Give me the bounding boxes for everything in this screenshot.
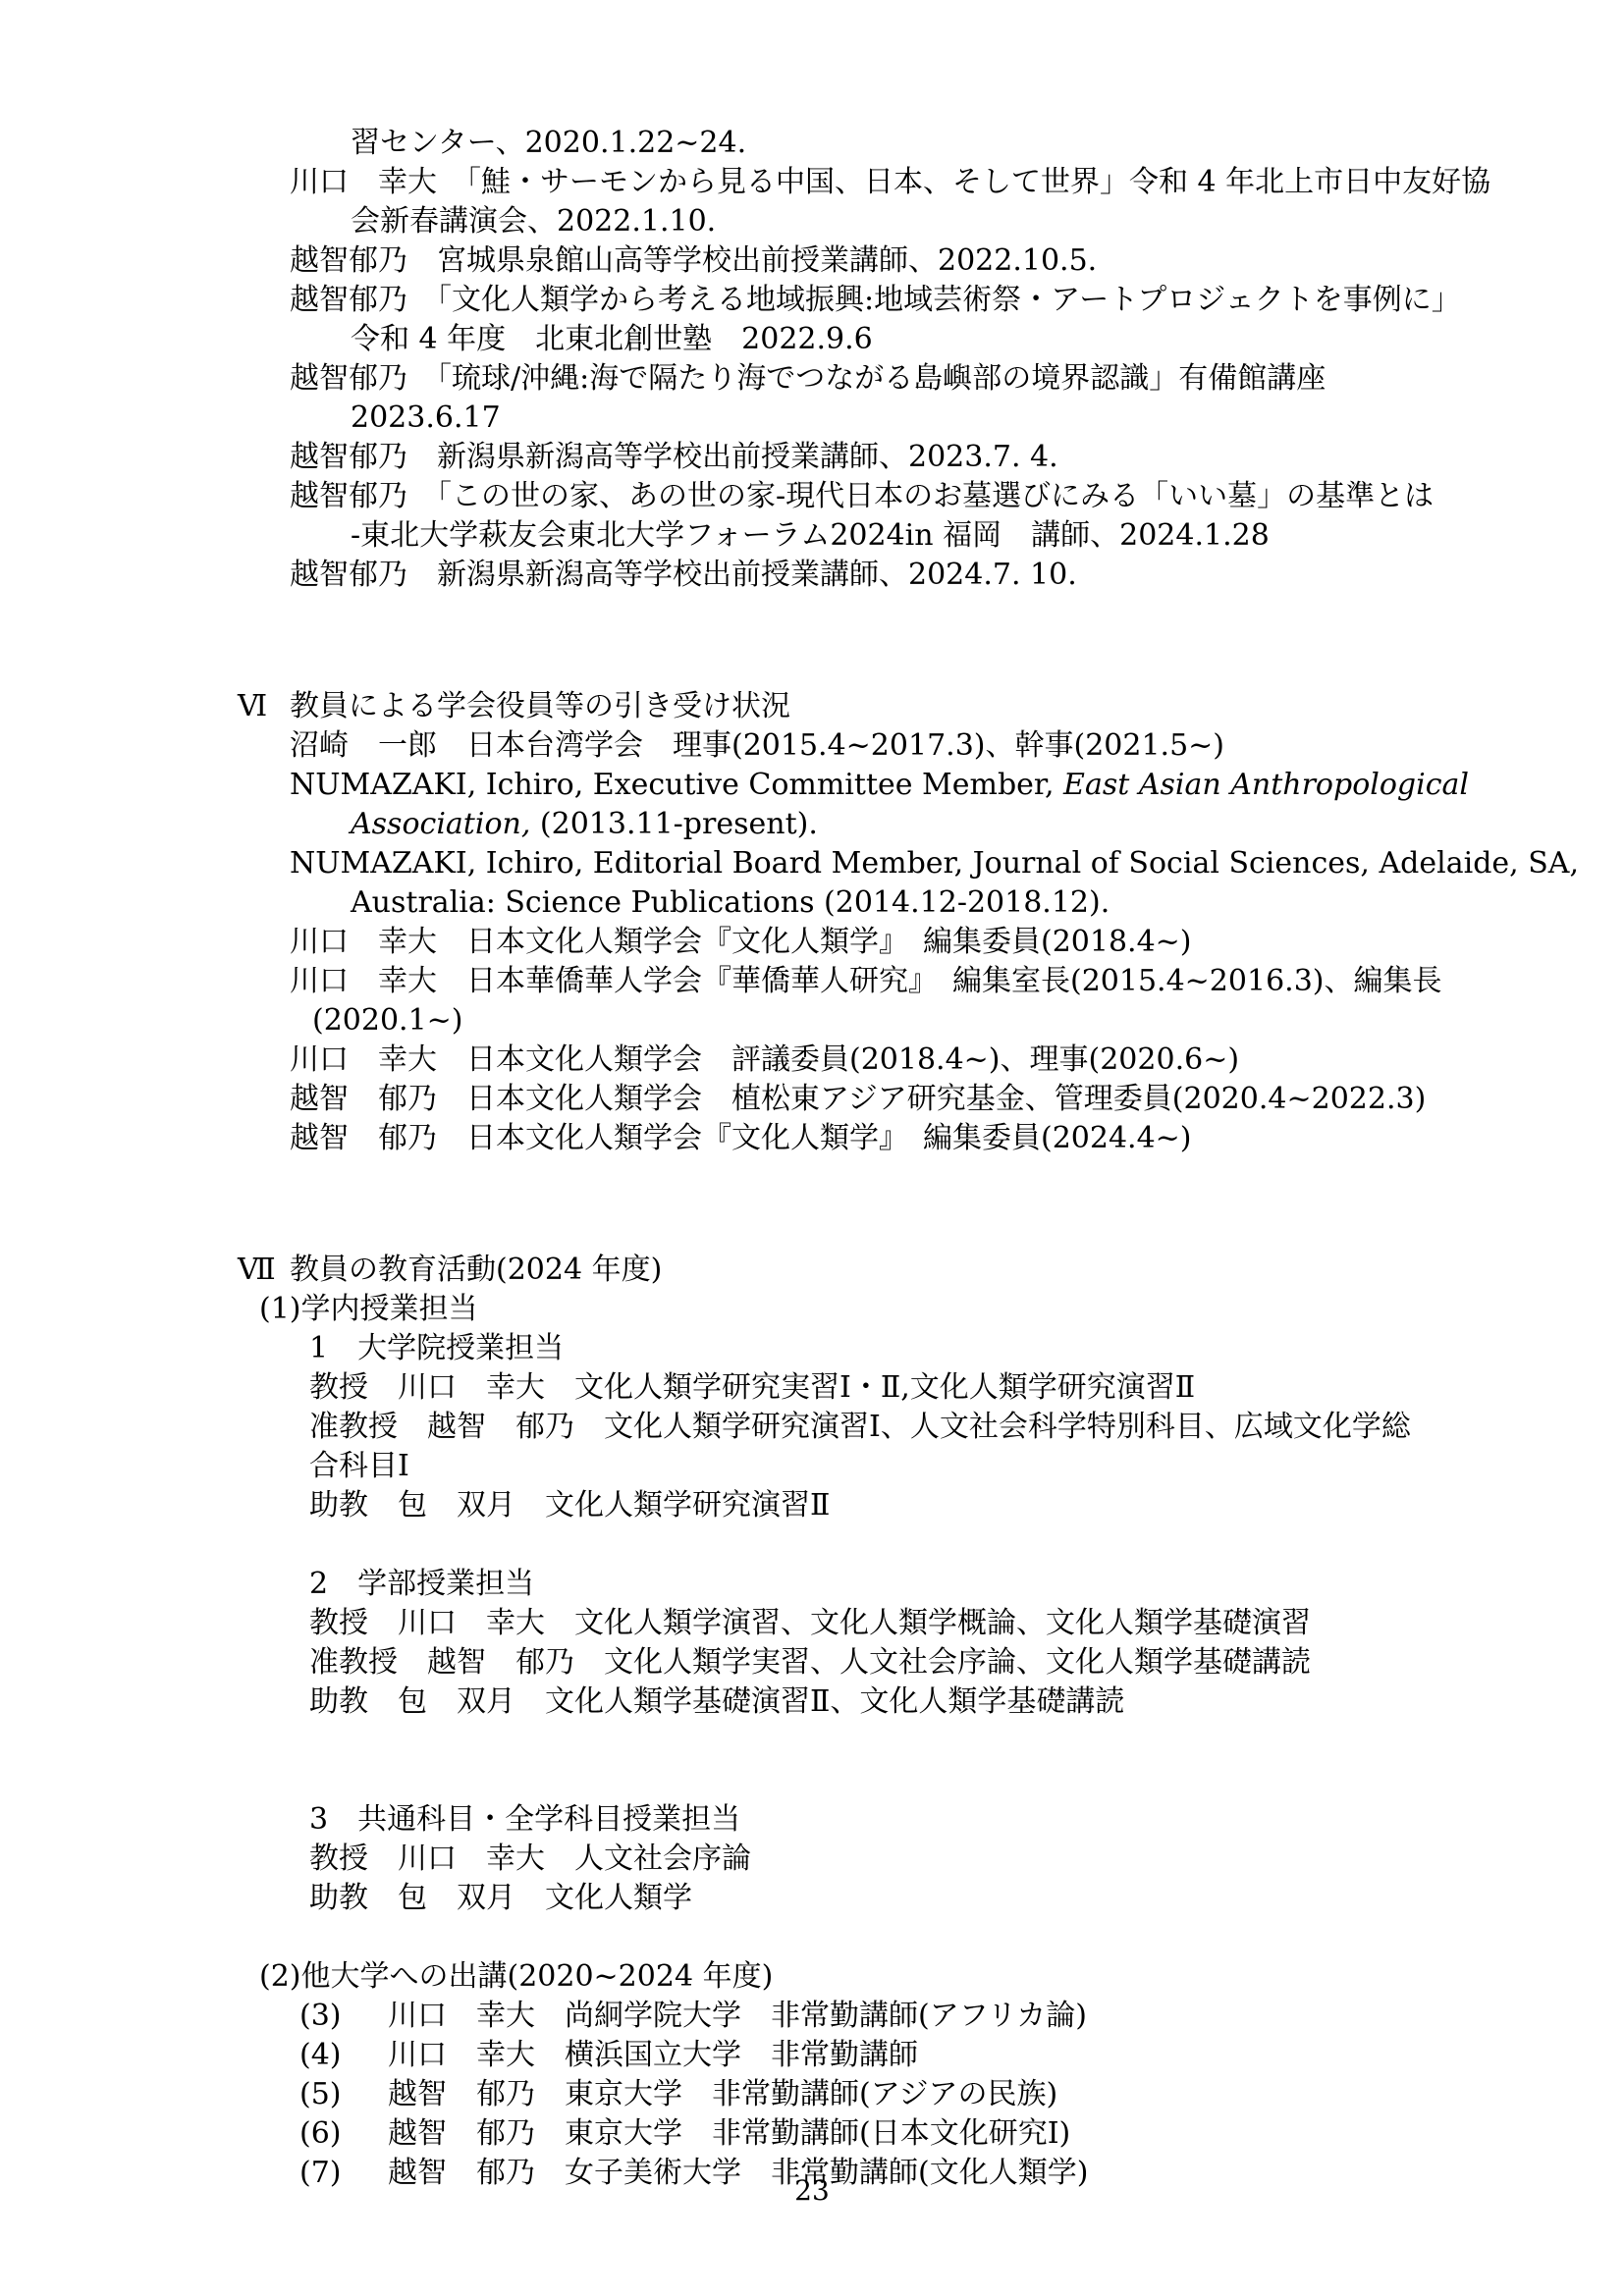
document-line: 教授 川口 幸大 文化人類学研究実習Ⅰ・Ⅱ,文化人類学研究演習Ⅱ xyxy=(0,1368,1624,1408)
document-line: 2023.6.17 xyxy=(0,399,1624,438)
line-text: 教授 川口 幸大 文化人類学演習、文化人類学概論、文化人類学基礎演習 xyxy=(309,1606,1311,1640)
line-text: 沼崎 一郎 日本台湾学会 理事(2015.4~2017.3)、幹事(2021.5… xyxy=(290,728,1224,763)
document-line: 合科目Ⅰ xyxy=(0,1447,1624,1486)
document-line: 令和 4 年度 北東北創世塾 2022.9.6 xyxy=(0,320,1624,359)
line-text: 令和 4 年度 北東北創世塾 2022.9.6 xyxy=(351,322,873,356)
document-line: 川口 幸大 日本華僑華人学会『華僑華人研究』 編集室長(2015.4~2016.… xyxy=(0,962,1624,1001)
line-text: 川口 幸大 尚絅学院大学 非常勤講師(アフリカ論) xyxy=(388,1999,1087,2033)
document-content: 習センター、2020.1.22~24.川口 幸大 「鮭・サーモンから見る中国、日… xyxy=(0,124,1624,2193)
document-line: 越智郁乃 「この世の家、あの世の家-現代日本のお墓選びにみる「いい墓」の基準とは xyxy=(0,477,1624,516)
line-text: (2)他大学への出講(2020~2024 年度) xyxy=(259,1959,773,1994)
line-text: Australia: Science Publications (2014.12… xyxy=(351,885,1110,920)
section-heading: Ⅵ教員による学会役員等の引き受け状況 xyxy=(0,687,1624,726)
line-text: 2 学部授業担当 xyxy=(309,1567,534,1601)
line-text: 川口 幸大 日本文化人類学会『文化人類学』 編集委員(2018.4~) xyxy=(290,925,1192,959)
blank-line xyxy=(0,1525,1624,1565)
line-text: 越智 郁乃 日本文化人類学会 植松東アジア研究基金、管理委員(2020.4~20… xyxy=(290,1082,1426,1116)
line-text: East Asian Anthropological xyxy=(1063,768,1469,802)
document-page: 習センター、2020.1.22~24.川口 幸大 「鮭・サーモンから見る中国、日… xyxy=(0,0,1624,2296)
document-line: 教授 川口 幸大 文化人類学演習、文化人類学概論、文化人類学基礎演習 xyxy=(0,1604,1624,1643)
document-line: 助教 包 双月 文化人類学 xyxy=(0,1879,1624,1918)
document-line: -東北大学萩友会東北大学フォーラム2024in 福岡 講師、2024.1.28 xyxy=(0,516,1624,556)
document-line: (3)川口 幸大 尚絅学院大学 非常勤講師(アフリカ論) xyxy=(0,1997,1624,2036)
document-line: 2 学部授業担当 xyxy=(0,1565,1624,1604)
item-number: (6) xyxy=(299,2114,388,2154)
document-line: (5)越智 郁乃 東京大学 非常勤講師(アジアの民族) xyxy=(0,2075,1624,2114)
line-text: 会新春講演会、2022.1.10. xyxy=(351,204,716,239)
document-line: Australia: Science Publications (2014.12… xyxy=(0,883,1624,923)
line-text: 教員による学会役員等の引き受け状況 xyxy=(290,689,790,723)
line-text: 合科目Ⅰ xyxy=(309,1449,409,1483)
document-line: 越智郁乃 「文化人類学から考える地域振興:地域芸術祭・アートプロジェクトを事例に… xyxy=(0,281,1624,320)
document-line: 越智 郁乃 日本文化人類学会 植松東アジア研究基金、管理委員(2020.4~20… xyxy=(0,1080,1624,1119)
blank-line xyxy=(0,634,1624,673)
blank-line xyxy=(0,1722,1624,1761)
document-line: 教授 川口 幸大 人文社会序論 xyxy=(0,1840,1624,1879)
document-line: 3 共通科目・全学科目授業担当 xyxy=(0,1800,1624,1840)
line-text: 越智 郁乃 東京大学 非常勤講師(アジアの民族) xyxy=(388,2077,1057,2111)
document-line: (1)学内授業担当 xyxy=(0,1290,1624,1329)
blank-line xyxy=(0,1918,1624,1957)
line-text: 川口 幸大 「鮭・サーモンから見る中国、日本、そして世界」令和 4 年北上市日中… xyxy=(290,165,1490,199)
document-line: 沼崎 一郎 日本台湾学会 理事(2015.4~2017.3)、幹事(2021.5… xyxy=(0,726,1624,766)
line-text: 越智郁乃 宮城県泉館山高等学校出前授業講師、2022.10.5. xyxy=(290,243,1097,278)
line-text: Association, xyxy=(351,807,530,841)
document-line: 会新春講演会、2022.1.10. xyxy=(0,202,1624,241)
line-text: 川口 幸大 日本文化人類学会 評議委員(2018.4~)、理事(2020.6~) xyxy=(290,1042,1239,1077)
document-line: 越智郁乃 宮城県泉館山高等学校出前授業講師、2022.10.5. xyxy=(0,241,1624,281)
line-text: 助教 包 双月 文化人類学 xyxy=(309,1881,692,1915)
line-text: 准教授 越智 郁乃 文化人類学実習、人文社会序論、文化人類学基礎講読 xyxy=(309,1645,1311,1680)
document-line: NUMAZAKI, Ichiro, Executive Committee Me… xyxy=(0,766,1624,805)
line-text: 教授 川口 幸大 人文社会序論 xyxy=(309,1842,751,1876)
item-number: (5) xyxy=(299,2075,388,2114)
document-line: 准教授 越智 郁乃 文化人類学実習、人文社会序論、文化人類学基礎講読 xyxy=(0,1643,1624,1682)
document-line: (6)越智 郁乃 東京大学 非常勤講師(日本文化研究Ⅰ) xyxy=(0,2114,1624,2154)
document-line: 越智郁乃 新潟県新潟高等学校出前授業講師、2024.7. 10. xyxy=(0,556,1624,595)
line-text: -東北大学萩友会東北大学フォーラム2024in 福岡 講師、2024.1.28 xyxy=(351,518,1270,553)
line-text: 越智郁乃 「この世の家、あの世の家-現代日本のお墓選びにみる「いい墓」の基準とは xyxy=(290,479,1434,513)
line-text: 越智郁乃 「琉球/沖縄:海で隔たり海でつながる島嶼部の境界認識」有備館講座 xyxy=(290,361,1326,396)
line-text: (1)学内授業担当 xyxy=(259,1292,478,1326)
blank-line xyxy=(0,1761,1624,1800)
section-numeral: Ⅶ xyxy=(238,1251,290,1290)
document-line: (2020.1~) xyxy=(0,1001,1624,1041)
document-line: 越智郁乃 「琉球/沖縄:海で隔たり海でつながる島嶼部の境界認識」有備館講座 xyxy=(0,359,1624,399)
item-number: (4) xyxy=(299,2036,388,2075)
document-line: (4)川口 幸大 横浜国立大学 非常勤講師 xyxy=(0,2036,1624,2075)
line-text: 助教 包 双月 文化人類学研究演習Ⅱ xyxy=(309,1488,830,1522)
line-text: 川口 幸大 日本華僑華人学会『華僑華人研究』 編集室長(2015.4~2016.… xyxy=(290,964,1442,998)
item-number: (3) xyxy=(299,1997,388,2036)
line-text: 教授 川口 幸大 文化人類学研究実習Ⅰ・Ⅱ,文化人類学研究演習Ⅱ xyxy=(309,1370,1195,1405)
line-text: 越智 郁乃 東京大学 非常勤講師(日本文化研究Ⅰ) xyxy=(388,2116,1070,2151)
line-text: 越智郁乃 新潟県新潟高等学校出前授業講師、2024.7. 10. xyxy=(290,558,1077,592)
page-number: 23 xyxy=(0,2174,1624,2208)
line-text: 越智郁乃 新潟県新潟高等学校出前授業講師、2023.7. 4. xyxy=(290,440,1058,474)
document-line: 准教授 越智 郁乃 文化人類学研究演習Ⅰ、人文社会科学特別科目、広域文化学総 xyxy=(0,1408,1624,1447)
line-text: 1 大学院授業担当 xyxy=(309,1331,564,1365)
line-text: 准教授 越智 郁乃 文化人類学研究演習Ⅰ、人文社会科学特別科目、広域文化学総 xyxy=(309,1410,1411,1444)
line-text: 越智郁乃 「文化人類学から考える地域振興:地域芸術祭・アートプロジェクトを事例に… xyxy=(290,283,1461,317)
line-text: 川口 幸大 横浜国立大学 非常勤講師 xyxy=(388,2038,918,2072)
line-text: (2013.11-present). xyxy=(530,807,818,841)
document-line: (2)他大学への出講(2020~2024 年度) xyxy=(0,1957,1624,1997)
line-text: 3 共通科目・全学科目授業担当 xyxy=(309,1802,740,1837)
section-heading: Ⅶ教員の教育活動(2024 年度) xyxy=(0,1251,1624,1290)
document-line: 越智郁乃 新潟県新潟高等学校出前授業講師、2023.7. 4. xyxy=(0,438,1624,477)
document-line: 川口 幸大 日本文化人類学会『文化人類学』 編集委員(2018.4~) xyxy=(0,923,1624,962)
line-text: (2020.1~) xyxy=(312,1003,463,1038)
document-line: 川口 幸大 「鮭・サーモンから見る中国、日本、そして世界」令和 4 年北上市日中… xyxy=(0,163,1624,202)
document-line: 越智 郁乃 日本文化人類学会『文化人類学』 編集委員(2024.4~) xyxy=(0,1119,1624,1158)
line-text: 助教 包 双月 文化人類学基礎演習Ⅱ、文化人類学基礎講読 xyxy=(309,1684,1124,1719)
section-numeral: Ⅵ xyxy=(238,687,290,726)
document-line: NUMAZAKI, Ichiro, Editorial Board Member… xyxy=(0,844,1624,883)
blank-line xyxy=(0,1198,1624,1237)
line-text: 習センター、2020.1.22~24. xyxy=(351,126,746,160)
document-line: 川口 幸大 日本文化人類学会 評議委員(2018.4~)、理事(2020.6~) xyxy=(0,1041,1624,1080)
line-text: NUMAZAKI, Ichiro, Editorial Board Member… xyxy=(290,846,1579,881)
document-line: 助教 包 双月 文化人類学基礎演習Ⅱ、文化人類学基礎講読 xyxy=(0,1682,1624,1722)
line-text: NUMAZAKI, Ichiro, Executive Committee Me… xyxy=(290,768,1063,802)
line-text: 越智 郁乃 日本文化人類学会『文化人類学』 編集委員(2024.4~) xyxy=(290,1121,1192,1155)
document-line: 1 大学院授業担当 xyxy=(0,1329,1624,1368)
line-text: 2023.6.17 xyxy=(351,400,501,435)
document-line: Association, (2013.11-present). xyxy=(0,805,1624,844)
blank-line xyxy=(0,595,1624,634)
document-line: 習センター、2020.1.22~24. xyxy=(0,124,1624,163)
blank-line xyxy=(0,1158,1624,1198)
line-text: 教員の教育活動(2024 年度) xyxy=(290,1253,662,1287)
document-line: 助教 包 双月 文化人類学研究演習Ⅱ xyxy=(0,1486,1624,1525)
